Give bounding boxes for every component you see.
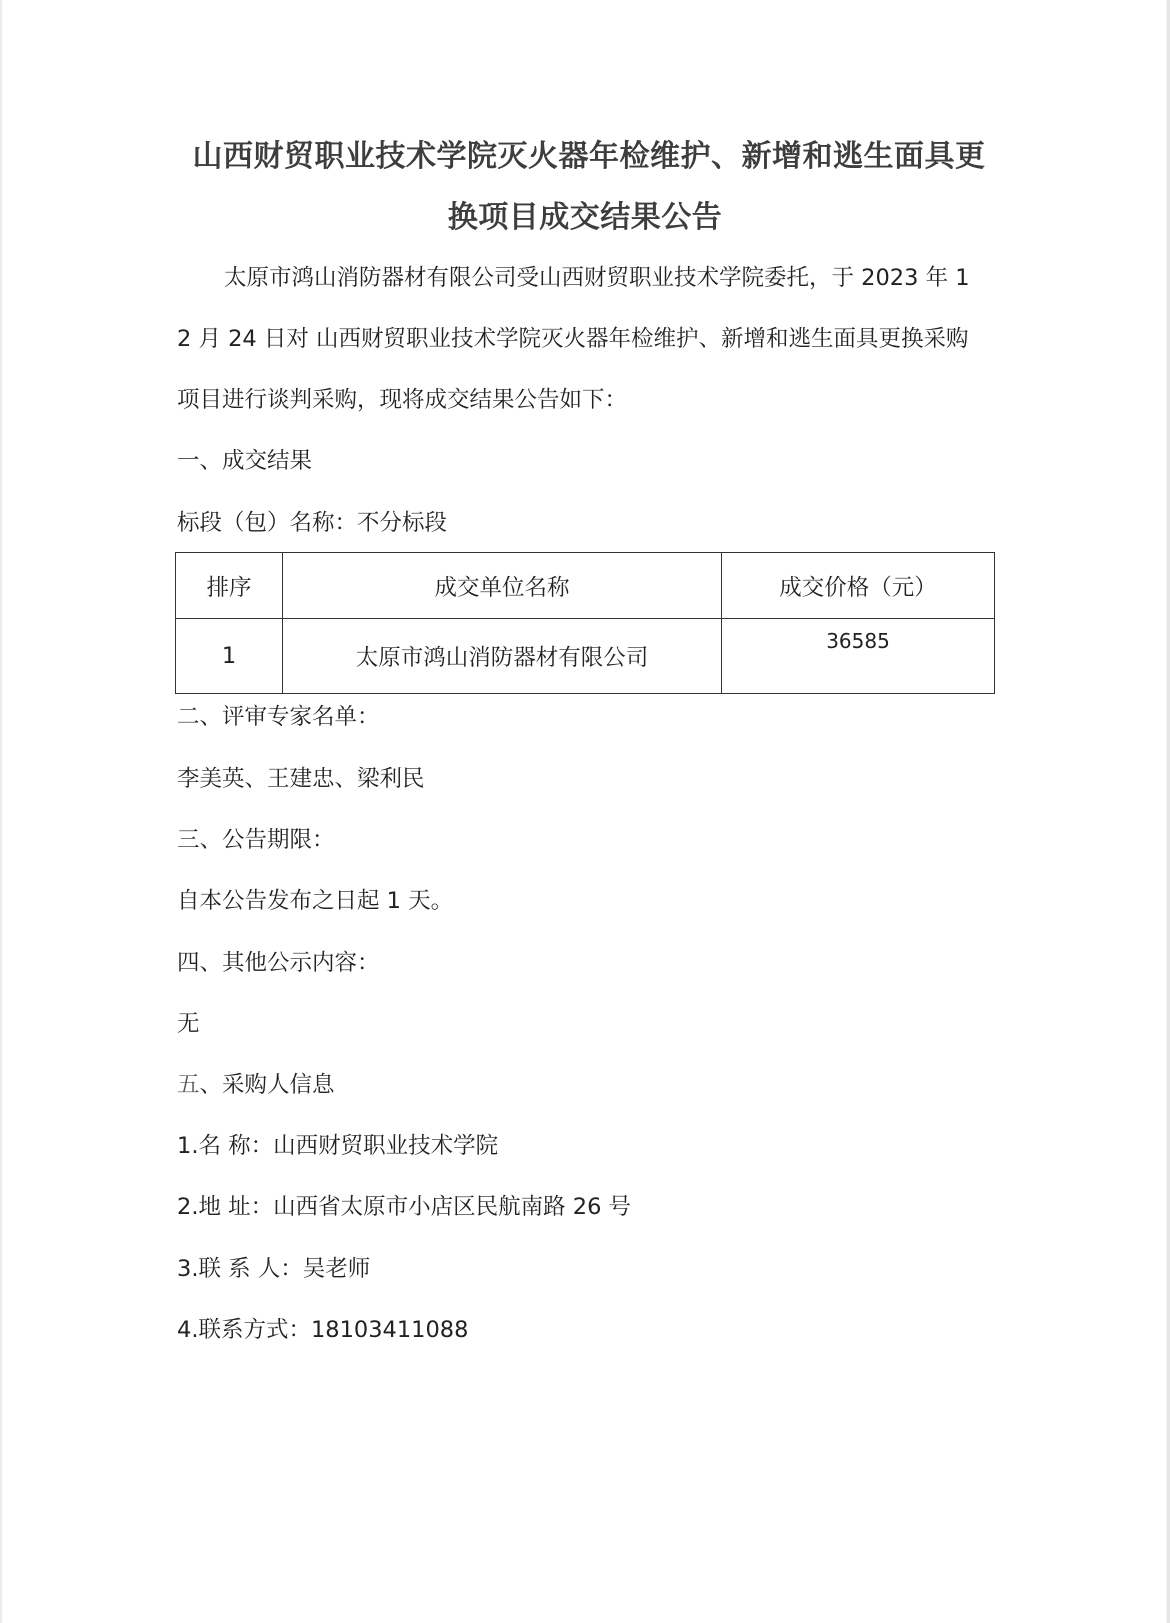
page-edge-left [0, 0, 2, 1623]
purchaser-contact: 3.联 系 人：吴老师 [177, 1253, 370, 1285]
header-rank: 排序 [176, 553, 283, 619]
notice-period: 自本公告发布之日起 1 天。 [177, 885, 453, 917]
section-4-heading: 四、其他公示内容： [177, 947, 380, 979]
result-table: 排序 成交单位名称 成交价格（元） 1 太原市鸿山消防器材有限公司 36585 [175, 552, 995, 694]
document-title-line-2: 换项目成交结果公告 [0, 198, 1170, 238]
header-supplier: 成交单位名称 [283, 553, 722, 619]
table-header-row: 排序 成交单位名称 成交价格（元） [176, 553, 995, 619]
section-3-heading: 三、公告期限： [177, 824, 335, 856]
cell-rank: 1 [176, 619, 283, 694]
header-price: 成交价格（元） [722, 553, 995, 619]
cell-price: 36585 [722, 619, 995, 694]
section-2-heading: 二、评审专家名单： [177, 701, 380, 733]
purchaser-name: 1.名 称：山西财贸职业技术学院 [177, 1130, 498, 1162]
purchaser-address: 2.地 址：山西省太原市小店区民航南路 26 号 [177, 1191, 631, 1223]
section-5-heading: 五、采购人信息 [177, 1069, 335, 1101]
intro-line-2: 2 月 24 日对 山西财贸职业技术学院灭火器年检维护、新增和逃生面具更换采购 [177, 323, 969, 355]
document-title-line-1: 山西财贸职业技术学院灭火器年检维护、新增和逃生面具更 [0, 137, 1170, 177]
intro-line-1: 太原市鸿山消防器材有限公司受山西财贸职业技术学院委托，于 2023 年 1 [224, 262, 970, 294]
purchaser-phone: 4.联系方式：18103411088 [177, 1314, 468, 1346]
table-row: 1 太原市鸿山消防器材有限公司 36585 [176, 619, 995, 694]
section-5-number: 五 [177, 1072, 200, 1098]
intro-line-3: 项目进行谈判采购，现将成交结果公告如下： [177, 384, 627, 416]
lot-name: 标段（包）名称：不分标段 [177, 507, 447, 539]
other-content: 无 [177, 1008, 200, 1040]
section-5-title: 、采购人信息 [200, 1072, 335, 1098]
cell-supplier: 太原市鸿山消防器材有限公司 [283, 619, 722, 694]
section-1-heading: 一、成交结果 [177, 445, 312, 477]
expert-list: 李美英、王建忠、梁利民 [177, 763, 425, 795]
